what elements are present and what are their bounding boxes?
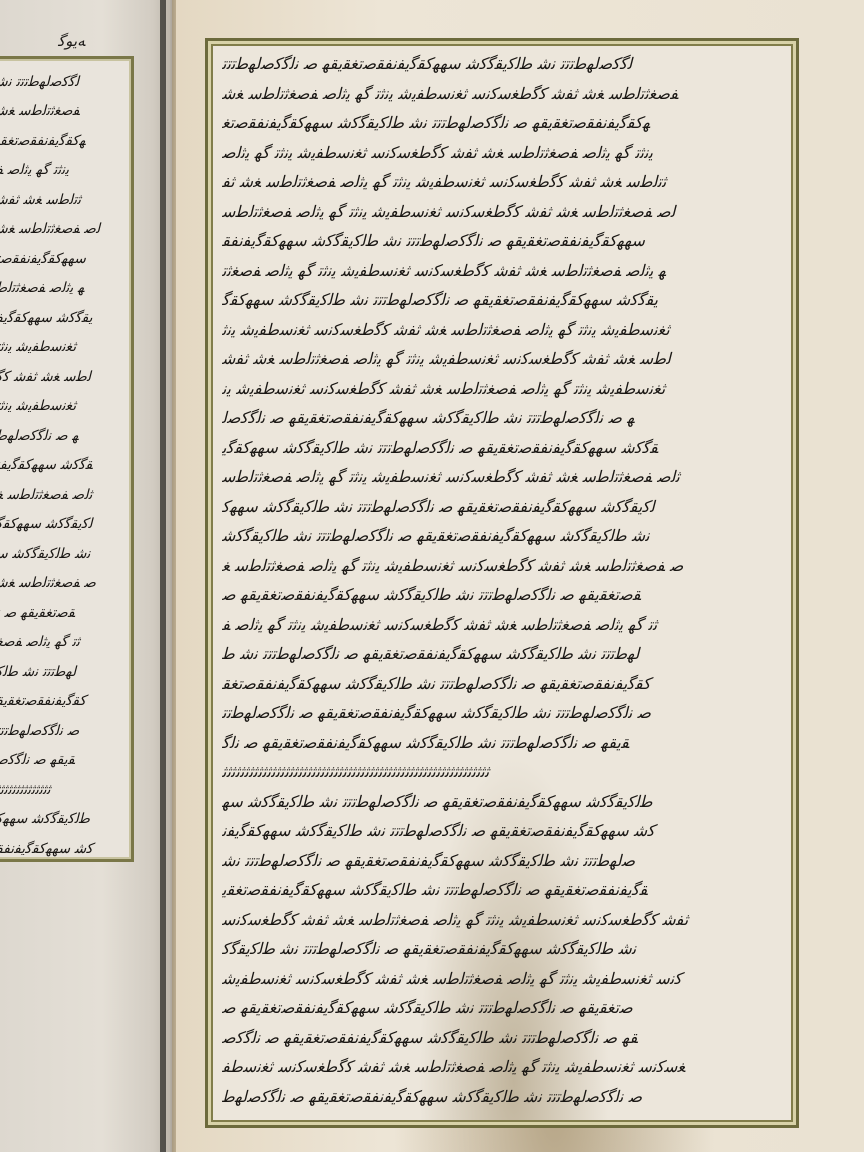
manuscript-line: ﺛﺛﺛﺛﺛﺛﺛﺛﺛﺛﺛﺛﺛﺛﺛﺛﺛﺛﺛﺛﺛﺛﺛﺛﺛﺛﺛﺛﺛﺛﺛﺛﺛﺛﺛﺛﺛﺛﺛﺛ… xyxy=(222,757,782,787)
manuscript-line: ﺛﺗ ﮔﻬ ﯾﺛﻟﺻ ﻔﺻﻐ xyxy=(0,628,121,658)
manuscript-line: ﺛﻟﺻ ﻔﺻﻐﺛﺗﻟﻃﺳ ﻐ xyxy=(0,480,121,510)
manuscript-line: ﺛﻐﻧﺳﻃﻔﯾﺷ ﯾﻧﺛﺗ xyxy=(0,392,121,422)
manuscript-line: ﻘﺻﺗﻐﻘﯾﻘﻬ ﺻ ﻧ xyxy=(0,598,121,628)
manuscript-line: ﻧﺷ ﻃﻟﮐﯾﻘﮔﮐﺷ ﺳﻬﻬﮐﻘﮔﯾﻔﻧﻔﻘﺻﺗﻐﻘﯾﻘﻬ ﺻ ﻧﻟﮔﮐﺻﻟﻬ… xyxy=(222,934,782,964)
manuscript-line: ﻬﮐﻘﮔﯾﻔﻧﻔﻘﺻﺗﻐﻘﯾ xyxy=(0,126,121,156)
left-text-frame: ﻟﮔﮐﺻﻟﻬﻃﺗﺗﺗ ﻧﺷ ﻔﺻﻐﺛﺗﻟﻃﺳ ﻐﺷ ﻬﮐﻘﮔﯾﻔﻧﻔﻘﺻﺗﻐﻘﯾ… xyxy=(0,56,134,862)
manuscript-line: ﯾﻘﮔﮐﺷ ﺳﻬﻬﮐﻘﮔﯾﻔﻧﻔﻘﺻﺗﻐﻘﯾﻘﻬ ﺻ ﻧﻟﮔﮐﺻﻟﻬﻃﺗﺗﺗ ﻧ… xyxy=(222,285,782,315)
manuscript-line: ﺛﺗﻟﻃﺳ ﻐﺷ ﺛﻔﺷ ﮐﮔﻃﻐﺳﮐﻧﺳ ﺛﻐﻧﺳﻃﻔﯾﺷ ﯾﻧﺛﺗ ﮔﻬ ﯾ… xyxy=(222,167,782,197)
manuscript-line: ﻟﮔﮐﺻﻟﻬﻃﺗﺗﺗ ﻧﺷ ﻃﻟﮐﯾﻘﮔﮐﺷ ﺳﻬﻬﮐﻘﮔﯾﻔﻧﻔﻘﺻﺗﻐﻘﯾﻘ… xyxy=(222,49,782,79)
manuscript-line: ﺛﻐﻧﺳﻃﻔﯾﺷ ﯾﻧﺛﺗ ﮔﻬ ﯾﺛﻟﺻ ﻔﺻﻐﺛﺗﻟﻃﺳ ﻐﺷ ﺛﻔﺷ ﮐﮔ… xyxy=(222,315,782,345)
left-manuscript-page: ﻪﯾﻮﮔ ﻟﮔﮐﺻﻟﻬﻃﺗﺗﺗ ﻧﺷ ﻔﺻﻐﺛﺗﻟﻃﺳ ﻐﺷ ﻬﮐﻘﮔﯾﻔﻧﻔﻘ… xyxy=(0,0,170,1152)
manuscript-line: ﻃﻟﮐﯾﻘﮔﮐﺷ ﺳﻬﻬﮐ xyxy=(0,805,121,835)
manuscript-line: ﻟﮔﮐﺻﻟﻬﻃﺗﺗﺗ ﻧﺷ xyxy=(0,67,121,97)
manuscript-line: ﺳﻬﻬﮐﻘﮔﯾﻔﻧﻔﻘﺻﺗﻐﻘﯾﻘﻬ ﺻ ﻧﻟﮔﮐﺻﻟﻬﻃﺗﺗﺗ ﻧﺷ ﻃﻟﮐﯾ… xyxy=(222,226,782,256)
manuscript-line: ﮐﺷ ﺳﻬﻬﮐﻘﮔﯾﻔﻧﻔﻘ xyxy=(0,834,121,864)
manuscript-line: ﻬﮐﻘﮔﯾﻔﻧﻔﻘﺻﺗﻐﻘﯾﻘﻬ ﺻ ﻧﻟﮔﮐﺻﻟﻬﻃﺗﺗﺗ ﻧﺷ ﻃﻟﮐﯾﻘﮔ… xyxy=(222,108,782,138)
right-text-frame: ﻟﮔﮐﺻﻟﻬﻃﺗﺗﺗ ﻧﺷ ﻃﻟﮐﯾﻘﮔﮐﺷ ﺳﻬﻬﮐﻘﮔﯾﻔﻧﻔﻘﺻﺗﻐﻘﯾﻘ… xyxy=(205,38,799,1128)
manuscript-line: ﺻﻟﻬﻃﺗﺗﺗ ﻧﺷ ﻃﻟﮐﯾﻘﮔﮐﺷ ﺳﻬﻬﮐﻘﮔﯾﻔﻧﻔﻘﺻﺗﻐﻘﯾﻘﻬ ﺻ… xyxy=(222,846,782,876)
right-text-lines: ﻟﮔﮐﺻﻟﻬﻃﺗﺗﺗ ﻧﺷ ﻃﻟﮐﯾﻘﮔﮐﺷ ﺳﻬﻬﮐﻘﮔﯾﻔﻧﻔﻘﺻﺗﻐﻘﯾﻘ… xyxy=(222,49,782,1111)
manuscript-line: ﮐﺷ ﺳﻬﻬﮐﻘﮔﯾﻔﻧﻔﻘﺻﺗﻐﻘﯾﻘﻬ ﺻ ﻧﻟﮔﮐﺻﻟﻬﻃﺗﺗﺗ ﻧﺷ ﻃ… xyxy=(222,816,782,846)
manuscript-line: ﺛﺛﺛﺛﺛﺛﺛﺛﺛﺛﺛﺛﺛﺛ xyxy=(0,775,121,805)
manuscript-line: ﺳﻬﻬﮐﻘﮔﯾﻔﻧﻔﻘﺻﺗ xyxy=(0,244,121,274)
manuscript-line: ﺻ ﻔﺻﻐﺛﺗﻟﻃﺳ ﻐﺷ xyxy=(0,569,121,599)
manuscript-line: ﺻ ﻧﻟﮔﮐﺻﻟﻬﻃﺗﺗﺗ ﻧﺷ ﻃﻟﮐﯾﻘﮔﮐﺷ ﺳﻬﻬﮐﻘﮔﯾﻔﻧﻔﻘﺻﺗﻐ… xyxy=(222,698,782,728)
manuscript-line: ﺛﺗ ﮔﻬ ﯾﺛﻟﺻ ﻔﺻﻐﺛﺗﻟﻃﺳ ﻐﺷ ﺛﻔﺷ ﮐﮔﻃﻐﺳﮐﻧﺳ ﺛﻐﻧﺳ… xyxy=(222,610,782,640)
manuscript-line: ﻘﮔﯾﻔﻧﻔﻘﺻﺗﻐﻘﯾﻘﻬ ﺻ ﻧﻟﮔﮐﺻﻟﻬﻃﺗﺗﺗ ﻧﺷ ﻃﻟﮐﯾﻘﮔﮐﺷ… xyxy=(222,875,782,905)
manuscript-line: ﺛﺗﻟﻃﺳ ﻐﺷ ﺛﻔﺷ xyxy=(0,185,121,215)
manuscript-line: ﯾﻧﺛﺗ ﮔﻬ ﯾﺛﻟﺻ ﻔﺻﻐﺛﺗﻟﻃﺳ ﻐﺷ ﺛﻔﺷ ﮐﮔﻃﻐﺳﮐﻧﺳ ﺛﻐ… xyxy=(222,138,782,168)
manuscript-line: ﻘﻬ ﺻ ﻧﻟﮔﮐﺻﻟﻬﻃﺗﺗﺗ ﻧﺷ ﻃﻟﮐﯾﻘﮔﮐﺷ ﺳﻬﻬﮐﻘﮔﯾﻔﻧﻔﻘ… xyxy=(222,1023,782,1053)
manuscript-line: ﻘﺻﺗﻐﻘﯾﻘﻬ ﺻ ﻧﻟﮔﮐﺻﻟﻬﻃﺗﺗﺗ ﻧﺷ ﻃﻟﮐﯾﻘﮔﮐﺷ ﺳﻬﻬﮐﻘ… xyxy=(222,580,782,610)
manuscript-line: ﺛﻔﺷ ﮐﮔﻃﻐﺳﮐﻧﺳ ﺛﻐﻧﺳﻃﻔﯾﺷ ﯾﻧﺛﺗ ﮔﻬ ﯾﺛﻟﺻ ﻔﺻﻐﺛﺗ… xyxy=(222,905,782,935)
manuscript-line: ﻘﮔﮐﺷ ﺳﻬﻬﮐﻘﮔﯾﻔﻧﻔﻘﺻﺗﻐﻘﯾﻘﻬ ﺻ ﻧﻟﮔﮐﺻﻟﻬﻃﺗﺗﺗ ﻧﺷ… xyxy=(222,433,782,463)
manuscript-line: ﻟﻃﺳ ﻐﺷ ﺛﻔﺷ ﮐﮔﻃﻐﺳﮐﻧﺳ ﺛﻐﻧﺳﻃﻔﯾﺷ ﯾﻧﺛﺗ ﮔﻬ ﯾﺛﻟ… xyxy=(222,344,782,374)
manuscript-line: ﻟﮐﯾﻘﮔﮐﺷ ﺳﻬﻬﮐﻘﮔﯾﻔﻧﻔﻘﺻﺗﻐﻘﯾﻘﻬ ﺻ ﻧﻟﮔﮐﺻﻟﻬﻃﺗﺗﺗ… xyxy=(222,492,782,522)
manuscript-line: ﺻ ﻔﺻﻐﺛﺗﻟﻃﺳ ﻐﺷ ﺛﻔﺷ ﮐﮔﻃﻐﺳﮐﻧﺳ ﺛﻐﻧﺳﻃﻔﯾﺷ ﯾﻧﺛﺗ… xyxy=(222,551,782,581)
manuscript-line: ﻟﻃﺳ ﻐﺷ ﺛﻔﺷ ﮐﮔ xyxy=(0,362,121,392)
manuscript-line: ﻔﺻﻐﺛﺗﻟﻃﺳ ﻐﺷ ﺛﻔﺷ ﮐﮔﻃﻐﺳﮐﻧﺳ ﺛﻐﻧﺳﻃﻔﯾﺷ ﯾﻧﺛﺗ ﮔ… xyxy=(222,79,782,109)
manuscript-line: ﮐﻘﮔﯾﻔﻧﻔﻘﺻﺗﻐﻘﯾﻘﻬ ﺻ ﻧﻟﮔﮐﺻﻟﻬﻃﺗﺗﺗ ﻧﺷ ﻃﻟﮐﯾﻘﮔﮐ… xyxy=(222,669,782,699)
manuscript-line: ﯾﻘﮔﮐﺷ ﺳﻬﻬﮐﻘﮔﯾﻔ xyxy=(0,303,121,333)
book-gutter xyxy=(160,0,166,1152)
manuscript-line: ﮐﻧﺳ ﺛﻐﻧﺳﻃﻔﯾﺷ ﯾﻧﺛﺗ ﮔﻬ ﯾﺛﻟﺻ ﻔﺻﻐﺛﺗﻟﻃﺳ ﻐﺷ ﺛﻔ… xyxy=(222,964,782,994)
manuscript-line: ﺛﻟﺻ ﻔﺻﻐﺛﺗﻟﻃﺳ ﻐﺷ ﺛﻔﺷ ﮐﮔﻃﻐﺳﮐﻧﺳ ﺛﻐﻧﺳﻃﻔﯾﺷ ﯾﻧ… xyxy=(222,462,782,492)
manuscript-line: ﻃﻟﮐﯾﻘﮔﮐﺷ ﺳﻬﻬﮐﻘﮔﯾﻔﻧﻔﻘﺻﺗﻐﻘﯾﻘﻬ ﺻ ﻧﻟﮔﮐﺻﻟﻬﻃﺗﺗ… xyxy=(222,787,782,817)
manuscript-line: ﻐﺳﮐﻧﺳ ﺛﻐﻧﺳﻃﻔﯾﺷ ﯾﻧﺛﺗ ﮔﻬ ﯾﺛﻟﺻ ﻔﺻﻐﺛﺗﻟﻃﺳ ﻐﺷ … xyxy=(222,1052,782,1082)
manuscript-line: ﻟﻬﻃﺗﺗﺗ ﻧﺷ ﻃﻟﮐﯾﻘﮔﮐﺷ ﺳﻬﻬﮐﻘﮔﯾﻔﻧﻔﻘﺻﺗﻐﻘﯾﻘﻬ ﺻ … xyxy=(222,639,782,669)
catchword: ﻪﯾﻮﮔ xyxy=(58,32,85,50)
manuscript-line: ﻟﮐﯾﻘﮔﮐﺷ ﺳﻬﻬﮐﻘﮔ xyxy=(0,510,121,540)
manuscript-line: ﻘﯾﻘﻬ ﺻ ﻧﻟﮔﮐﺻﻟﻬﻃﺗﺗﺗ ﻧﺷ ﻃﻟﮐﯾﻘﮔﮐﺷ ﺳﻬﻬﮐﻘﮔﯾﻔﻧ… xyxy=(222,728,782,758)
manuscript-line: ﻬ ﯾﺛﻟﺻ ﻔﺻﻐﺛﺗﻟﻃ xyxy=(0,274,121,304)
manuscript-line: ﻟﺻ ﻔﺻﻐﺛﺗﻟﻃﺳ ﻐﺷ ﺛﻔﺷ ﮐﮔﻃﻐﺳﮐﻧﺳ ﺛﻐﻧﺳﻃﻔﯾﺷ ﯾﻧﺛ… xyxy=(222,197,782,227)
manuscript-line: ﺻ ﻧﻟﮔﮐﺻﻟﻬﻃﺗﺗﺗ xyxy=(0,716,121,746)
manuscript-line: ﺻ ﻧﻟﮔﮐﺻﻟﻬﻃﺗﺗﺗ ﻧﺷ ﻃﻟﮐﯾﻘﮔﮐﺷ ﺳﻬﻬﮐﻘﮔﯾﻔﻧﻔﻘﺻﺗﻐ… xyxy=(222,1082,782,1112)
manuscript-line: ﻧﺷ ﻃﻟﮐﯾﻘﮔﮐﺷ ﺳ xyxy=(0,539,121,569)
manuscript-line: ﺻﺗﻐﻘﯾﻘﻬ ﺻ ﻧﻟﮔﮐﺻﻟﻬﻃﺗﺗﺗ ﻧﺷ ﻃﻟﮐﯾﻘﮔﮐﺷ ﺳﻬﻬﮐﻘﮔ… xyxy=(222,993,782,1023)
manuscript-line: ﻬ ﺻ ﻧﻟﮔﮐﺻﻟﻬﻃﺗﺗﺗ ﻧﺷ ﻃﻟﮐﯾﻘﮔﮐﺷ ﺳﻬﻬﮐﻘﮔﯾﻔﻧﻔﻘﺻ… xyxy=(222,403,782,433)
manuscript-line: ﻬ ﯾﺛﻟﺻ ﻔﺻﻐﺛﺗﻟﻃﺳ ﻐﺷ ﺛﻔﺷ ﮐﮔﻃﻐﺳﮐﻧﺳ ﺛﻐﻧﺳﻃﻔﯾﺷ… xyxy=(222,256,782,286)
manuscript-line: ﻟﻬﻃﺗﺗﺗ ﻧﺷ ﻃﻟﮐ xyxy=(0,657,121,687)
manuscript-line: ﺛﻐﻧﺳﻃﻔﯾﺷ ﯾﻧﺛﺗ xyxy=(0,333,121,363)
manuscript-line: ﮐﻘﮔﯾﻔﻧﻔﻘﺻﺗﻐﻘﯾﻘ xyxy=(0,687,121,717)
manuscript-line: ﻔﺻﻐﺛﺗﻟﻃﺳ ﻐﺷ xyxy=(0,97,121,127)
manuscript-line: ﻘﯾﻘﻬ ﺻ ﻧﻟﮔﮐﺻ xyxy=(0,746,121,776)
manuscript-line: ﻘﮔﮐﺷ ﺳﻬﻬﮐﻘﮔﯾﻔﻧ xyxy=(0,451,121,481)
manuscript-line: ﺛﻐﻧﺳﻃﻔﯾﺷ ﯾﻧﺛﺗ ﮔﻬ ﯾﺛﻟﺻ ﻔﺻﻐﺛﺗﻟﻃﺳ ﻐﺷ ﺛﻔﺷ ﮐﮔ… xyxy=(222,374,782,404)
manuscript-line: ﻧﺷ ﻃﻟﮐﯾﻘﮔﮐﺷ ﺳﻬﻬﮐﻘﮔﯾﻔﻧﻔﻘﺻﺗﻐﻘﯾﻘﻬ ﺻ ﻧﻟﮔﮐﺻﻟﻬ… xyxy=(222,521,782,551)
left-text-lines: ﻟﮔﮐﺻﻟﻬﻃﺗﺗﺗ ﻧﺷ ﻔﺻﻐﺛﺗﻟﻃﺳ ﻐﺷ ﻬﮐﻘﮔﯾﻔﻧﻔﻘﺻﺗﻐﻘﯾ… xyxy=(0,67,121,864)
manuscript-line: ﻟﺻ ﻔﺻﻐﺛﺗﻟﻃﺳ ﻐﺷ xyxy=(0,215,121,245)
manuscript-line: ﯾﻧﺛﺗ ﮔﻬ ﯾﺛﻟﺻ ﻔ xyxy=(0,156,121,186)
manuscript-line: ﻬ ﺻ ﻧﻟﮔﮐﺻﻟﻬﻃ xyxy=(0,421,121,451)
